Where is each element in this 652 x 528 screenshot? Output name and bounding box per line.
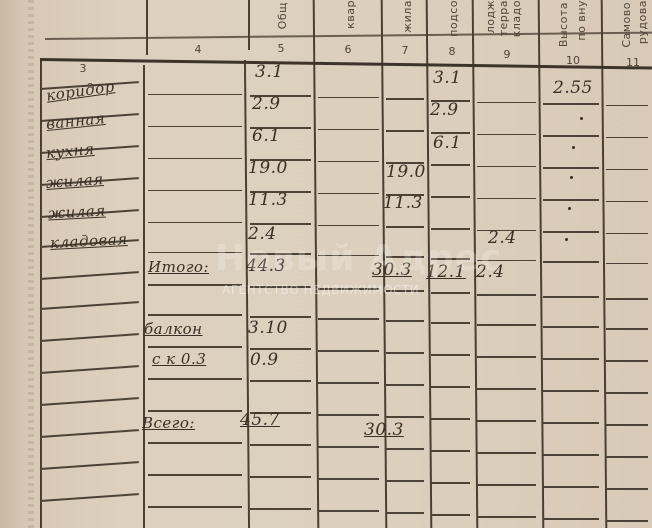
balcony-label: балкон: [144, 320, 203, 338]
row-rule: [477, 102, 536, 104]
row-rule: [606, 233, 648, 235]
ditto-mark: [572, 146, 575, 149]
cell-total-area: 11.3: [248, 190, 288, 210]
row-rule: [477, 452, 536, 454]
row-rule: [606, 488, 648, 490]
row-rule: [386, 352, 424, 354]
cell-total-area: 19.0: [248, 158, 288, 178]
grid-line: [143, 65, 145, 528]
row-rule: [543, 326, 599, 328]
header-living-area: жила: [401, 0, 414, 33]
row-rule: [40, 461, 139, 469]
header-loggia: лодж: [484, 0, 497, 33]
room-name: жилая: [45, 170, 104, 192]
row-rule: [431, 482, 470, 484]
row-rule: [477, 324, 536, 326]
column-number: 5: [266, 42, 296, 55]
header-aux-area: подсо: [447, 0, 460, 37]
cell-aux-area: 6.1: [433, 133, 462, 153]
row-rule: [477, 166, 536, 168]
column-number: 9: [492, 48, 522, 61]
grid-line: [146, 0, 148, 55]
row-rule: [606, 201, 648, 203]
row-rule: [606, 298, 648, 300]
row-rule: [318, 478, 379, 480]
row-rule: [386, 480, 424, 482]
row-rule: [318, 225, 379, 227]
row-rule: [431, 228, 470, 230]
row-rule: [431, 164, 470, 166]
row-rule: [318, 414, 379, 416]
coefficient-label: с к 0.3: [152, 350, 206, 368]
ditto-mark: [568, 207, 571, 210]
row-rule: [606, 392, 648, 394]
ditto-mark: [580, 117, 583, 120]
row-rule: [543, 135, 599, 137]
grand-total-living: 30.3: [364, 420, 404, 440]
row-rule: [40, 397, 139, 405]
cell-total-area: 2.9: [252, 94, 281, 114]
row-rule: [386, 512, 424, 514]
row-rule: [40, 301, 139, 309]
column-number: 8: [437, 45, 467, 58]
header-unauthorized: Самово: [620, 2, 633, 48]
row-rule: [543, 296, 599, 298]
row-rule: [543, 518, 599, 520]
row-rule: [386, 98, 424, 100]
cell-living-area: 11.3: [383, 193, 423, 213]
row-rule: [431, 514, 470, 516]
row-rule: [477, 294, 536, 296]
row-rule: [318, 129, 379, 131]
row-rule: [318, 350, 379, 352]
cell-aux-area: 3.1: [433, 68, 462, 88]
header-apartment-area: квар: [344, 0, 357, 29]
room-name: ванная: [45, 109, 106, 133]
row-rule: [477, 356, 536, 358]
watermark-subtitle: АГЕНТСТВО НЕДВИЖИМОСТИ: [222, 283, 419, 297]
cell-total-area: 6.1: [252, 126, 281, 146]
room-name: коридор: [45, 77, 116, 104]
ditto-mark: [565, 238, 568, 241]
row-rule: [148, 346, 242, 348]
coefficient-total: 0.9: [250, 350, 279, 370]
row-rule: [431, 322, 470, 324]
row-rule: [606, 520, 648, 522]
row-rule: [148, 410, 242, 412]
row-rule: [148, 158, 242, 160]
row-rule: [477, 388, 536, 390]
row-rule: [431, 386, 470, 388]
row-rule: [606, 169, 648, 171]
row-rule: [148, 190, 242, 192]
row-rule: [318, 382, 379, 384]
document-photo: 3 4 5 6 7 8 9 10 11 Общ квар жила подсо …: [0, 0, 652, 528]
header-total-area: Общ: [276, 2, 289, 29]
row-rule: [40, 493, 139, 501]
row-rule: [318, 446, 379, 448]
row-rule: [477, 516, 536, 518]
row-rule: [386, 130, 424, 132]
row-rule: [543, 199, 599, 201]
cell-aux-area: 2.9: [430, 100, 459, 120]
binding-margin: [28, 0, 34, 528]
row-rule: [477, 134, 536, 136]
row-rule: [318, 161, 379, 163]
row-rule: [148, 94, 242, 96]
header-storage: кладо: [510, 0, 523, 37]
row-rule: [606, 424, 648, 426]
row-rule: [606, 263, 648, 265]
row-rule: [40, 333, 139, 341]
row-rule: [606, 328, 648, 330]
grand-total-label: Всего:: [142, 414, 195, 432]
row-rule: [606, 360, 648, 362]
row-rule: [386, 448, 424, 450]
column-number: 4: [183, 43, 213, 56]
header-unauthorized-2: рудова: [636, 0, 649, 44]
row-rule: [477, 198, 536, 200]
column-number: 3: [68, 62, 98, 75]
row-rule: [606, 105, 648, 107]
row-rule: [250, 508, 311, 510]
row-rule: [40, 365, 139, 373]
row-rule: [386, 226, 424, 228]
row-rule: [318, 510, 379, 512]
row-rule: [543, 231, 599, 233]
room-name: жилая: [48, 202, 107, 223]
row-rule: [148, 378, 242, 380]
row-rule: [318, 193, 379, 195]
row-rule: [250, 476, 311, 478]
row-rule: [543, 486, 599, 488]
column-number: 10: [558, 54, 588, 67]
row-rule: [606, 456, 648, 458]
row-rule: [543, 167, 599, 169]
header-terrace: терра: [497, 0, 510, 36]
row-rule: [386, 416, 424, 418]
cell-height: 2.55: [553, 78, 593, 98]
row-rule: [543, 454, 599, 456]
row-rule: [386, 384, 424, 386]
row-rule: [606, 137, 648, 139]
grid-line: [40, 60, 42, 528]
row-rule: [543, 103, 599, 105]
row-rule: [543, 261, 599, 263]
subtotal-label: Итого:: [148, 258, 209, 276]
header-height: Высота: [557, 2, 570, 47]
balcony-total: 3.10: [248, 318, 288, 338]
row-rule: [148, 222, 242, 224]
ditto-mark: [570, 176, 573, 179]
room-name: кухня: [45, 140, 95, 162]
cell-living-area: 19.0: [386, 162, 426, 182]
row-rule: [148, 314, 242, 316]
row-rule: [318, 318, 379, 320]
row-rule: [250, 444, 311, 446]
row-rule: [431, 354, 470, 356]
row-rule: [431, 292, 470, 294]
row-rule: [543, 358, 599, 360]
row-rule: [431, 418, 470, 420]
grand-total-total: 45.7: [240, 410, 280, 430]
row-rule: [148, 126, 242, 128]
row-rule: [40, 429, 139, 437]
row-rule: [148, 506, 242, 508]
column-number: 11: [618, 56, 648, 69]
header-height-inner: по вну: [575, 0, 588, 41]
grid-line: [248, 0, 250, 50]
room-name: кладовая: [50, 230, 128, 252]
row-rule: [477, 484, 536, 486]
column-number: 6: [333, 43, 363, 56]
row-rule: [543, 390, 599, 392]
row-rule: [386, 320, 424, 322]
row-rule: [148, 442, 242, 444]
row-rule: [431, 450, 470, 452]
column-number: 7: [390, 44, 420, 57]
row-rule: [40, 271, 139, 279]
watermark-title: Новый Адрес: [215, 238, 502, 279]
row-rule: [431, 196, 470, 198]
row-rule: [477, 420, 536, 422]
grid-line: [538, 0, 544, 528]
row-rule: [543, 422, 599, 424]
cell-total-area: 3.1: [255, 62, 284, 82]
row-rule: [250, 380, 311, 382]
row-rule: [318, 97, 379, 99]
row-rule: [148, 474, 242, 476]
